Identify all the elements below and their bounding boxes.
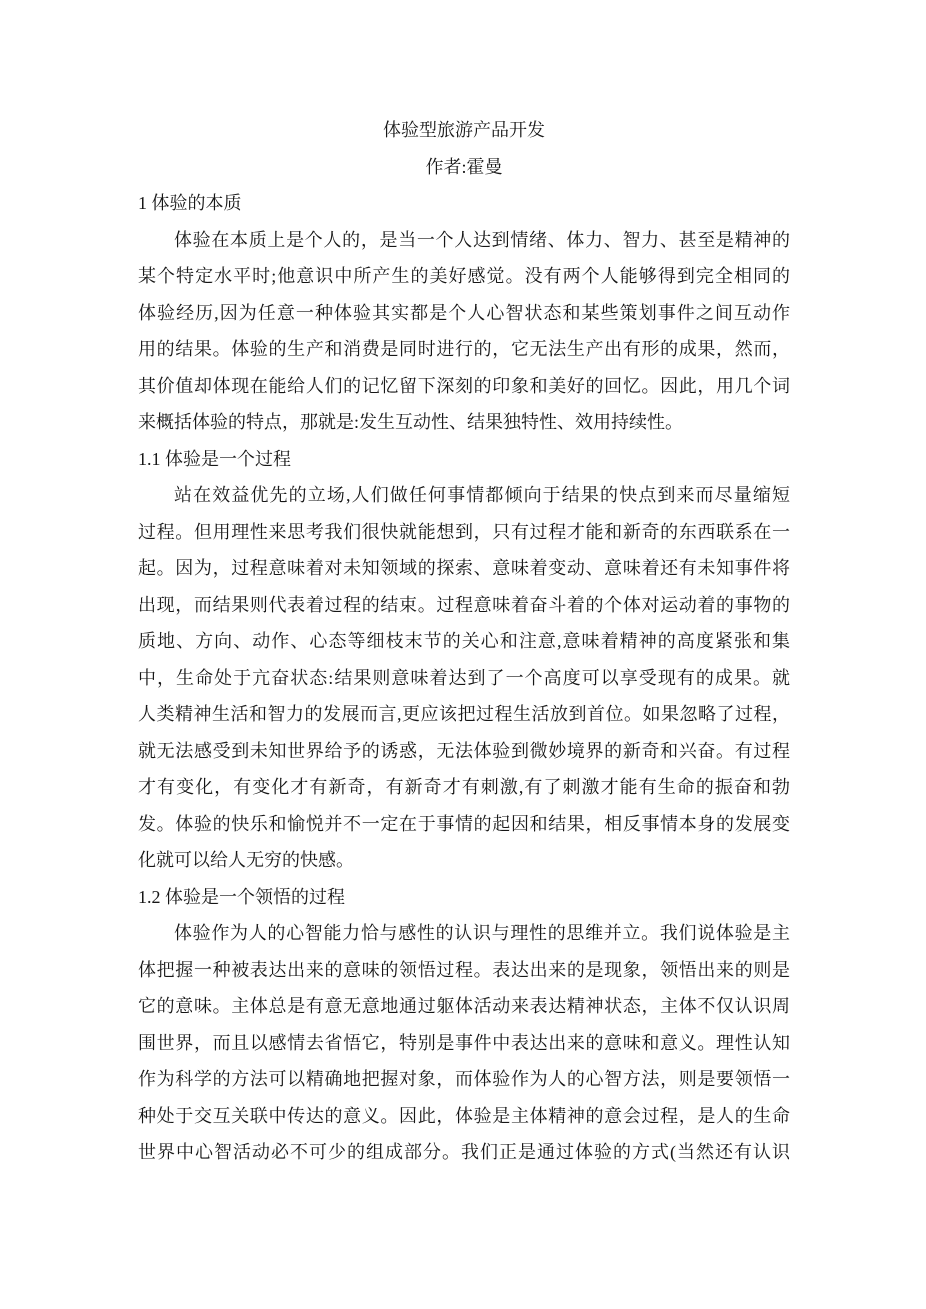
paragraph-line: 人类精神生活和智力的发展而言,更应该把过程生活放到首位。如果忽略了过程，	[138, 696, 790, 733]
paragraph-line: 体验经历,因为任意一种体验其实都是个人心智状态和某些策划事件之间互动作	[138, 295, 790, 332]
paragraph-line: 起。因为，过程意味着对未知领域的探索、意味着变动、意味着还有未知事件将	[138, 550, 790, 587]
paragraph-line: 世界中心智活动必不可少的组成部分。我们正是通过体验的方式(当然还有认识	[138, 1134, 790, 1171]
paragraph-line: 就无法感受到未知世界给予的诱惑，无法体验到微妙境界的新奇和兴奋。有过程	[138, 733, 790, 770]
paragraph-line: 来概括体验的特点，那就是:发生互动性、结果独特性、效用持续性。	[138, 404, 790, 441]
paragraph-line: 其价值却体现在能给人们的记忆留下深刻的印象和美好的回忆。因此，用几个词	[138, 368, 790, 405]
paragraph-line: 质地、方向、动作、心态等细枝末节的关心和注意,意味着精神的高度紧张和集	[138, 623, 790, 660]
paragraph-line: 某个特定水平时;他意识中所产生的美好感觉。没有两个人能够得到完全相同的	[138, 258, 790, 295]
paragraph-line: 才有变化，有变化才有新奇，有新奇才有刺激,有了刺激才能有生命的振奋和勃	[138, 769, 790, 806]
section-heading: 1.1 体验是一个过程	[138, 441, 790, 478]
paragraph-line: 体把握一种被表达出来的意味的领悟过程。表达出来的是现象，领悟出来的则是	[138, 952, 790, 989]
document-author: 作者:霍曼	[138, 149, 790, 186]
paragraph-line: 体验在本质上是个人的，是当一个人达到情绪、体力、智力、甚至是精神的	[138, 222, 790, 259]
paragraph-line: 过程。但用理性来思考我们很快就能想到，只有过程才能和新奇的东西联系在一	[138, 514, 790, 551]
document-title: 体验型旅游产品开发	[138, 112, 790, 149]
section-heading: 1.2 体验是一个领悟的过程	[138, 879, 790, 916]
paragraph-line: 作为科学的方法可以精确地把握对象，而体验作为人的心智方法，则是要领悟一	[138, 1061, 790, 1098]
paragraph-line: 用的结果。体验的生产和消费是同时进行的，它无法生产出有形的成果，然而，	[138, 331, 790, 368]
document-page: 体验型旅游产品开发 作者:霍曼 1 体验的本质 体验在本质上是个人的，是当一个人…	[0, 0, 926, 1309]
paragraph-line: 种处于交互关联中传达的意义。因此，体验是主体精神的意会过程，是人的生命	[138, 1098, 790, 1135]
paragraph-line: 出现，而结果则代表着过程的结束。过程意味着奋斗着的个体对运动着的事物的	[138, 587, 790, 624]
paragraph-line: 站在效益优先的立场,人们做任何事情都倾向于结果的快点到来而尽量缩短	[138, 477, 790, 514]
paragraph-line: 发。体验的快乐和愉悦并不一定在于事情的起因和结果，相反事情本身的发展变	[138, 806, 790, 843]
paragraph-line: 它的意味。主体总是有意无意地通过躯体活动来表达精神状态，主体不仅认识周	[138, 988, 790, 1025]
paragraph-line: 围世界，而且以感情去省悟它，特别是事件中表达出来的意味和意义。理性认知	[138, 1025, 790, 1062]
paragraph-line: 中，生命处于亢奋状态:结果则意味着达到了一个高度可以享受现有的成果。就	[138, 660, 790, 697]
paragraph-line: 化就可以给人无穷的快感。	[138, 842, 790, 879]
section-heading: 1 体验的本质	[138, 185, 790, 222]
paragraph-line: 体验作为人的心智能力恰与感性的认识与理性的思维并立。我们说体验是主	[138, 915, 790, 952]
